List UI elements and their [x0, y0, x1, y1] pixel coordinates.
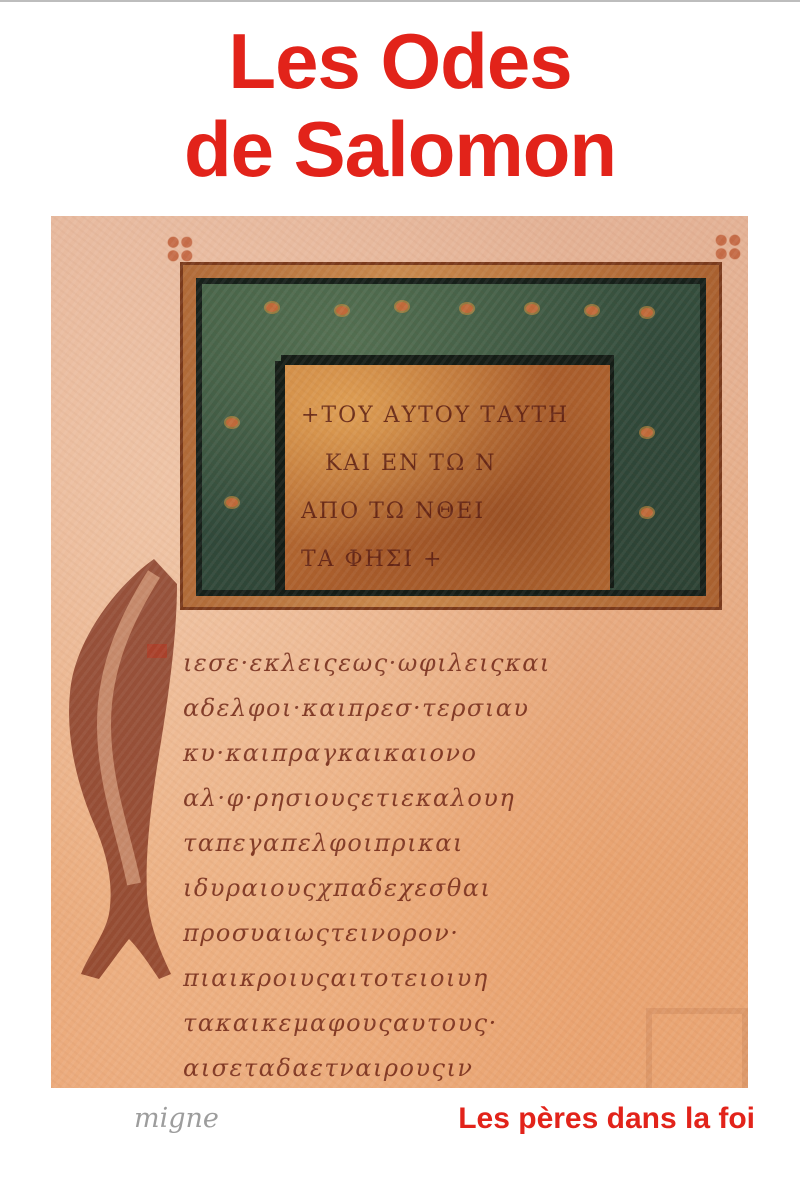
ornament-dot [461, 304, 473, 313]
ornament-dot [226, 418, 238, 427]
headpiece-frame: +ΤΟΥ ΑΥΤΟΥ ΤΑΥΤΗ ΚΑΙ ΕΝ ΤΩ Ν ΑΠΟ ΤΩ ΝΘΕΙ… [180, 262, 722, 610]
ornament-dot [396, 302, 408, 311]
ornament-dot [526, 304, 538, 313]
manuscript-line: αδελφοι·καιπρεσ·τερσιαυ [183, 686, 703, 731]
headpiece-line: ΑΠΟ ΤΩ ΝΘΕΙ [301, 499, 602, 524]
manuscript-text: ιεσε·εκλειςεως·ωφιλειςκαι αδελφοι·καιπρε… [183, 641, 703, 1088]
top-rule [0, 0, 800, 2]
manuscript-line: κυ·καιπραγκαικαιονο [183, 731, 703, 776]
ornament-dot [226, 498, 238, 507]
manuscript-line: ιεσε·εκλειςεως·ωφιλειςκαι [183, 641, 703, 686]
ornament-dot [641, 428, 653, 437]
ornament-dot [641, 308, 653, 317]
headpiece-line: ΚΑΙ ΕΝ ΤΩ Ν [325, 451, 602, 476]
corner-rosette-left [163, 232, 197, 266]
green-ornamental-band: +ΤΟΥ ΑΥΤΟΥ ΤΑΥΤΗ ΚΑΙ ΕΝ ΤΩ Ν ΑΠΟ ΤΩ ΝΘΕΙ… [196, 278, 706, 596]
manuscript-line: πιαικροιυςαιτοτειοιυη [183, 956, 703, 1001]
ornament-dot [586, 306, 598, 315]
publisher-logo: migne [134, 1103, 219, 1134]
ornament-dot [641, 508, 653, 517]
manuscript-line: προσυαιωςτεινορον· [183, 911, 703, 956]
manuscript-line: αισεταδαετναιρουςιν [183, 1046, 703, 1088]
book-title-line-1: Les Odes [0, 17, 800, 105]
manuscript-line: ταπεγαπελφοιπρικαι [183, 821, 703, 866]
headpiece-line: ΤΑ ΦΗΣΙ + [301, 547, 602, 572]
book-title-line-2: de Salomon [0, 105, 800, 193]
manuscript-line: ιδυραιουςχπαδεχεσθαι [183, 866, 703, 911]
manuscript-illustration: +ΤΟΥ ΑΥΤΟΥ ΤΑΥΤΗ ΚΑΙ ΕΝ ΤΩ Ν ΑΠΟ ΤΩ ΝΘΕΙ… [51, 216, 748, 1088]
gold-title-panel: +ΤΟΥ ΑΥΤΟΥ ΤΑΥΤΗ ΚΑΙ ΕΝ ΤΩ Ν ΑΠΟ ΤΩ ΝΘΕΙ… [285, 365, 610, 590]
headpiece-line: +ΤΟΥ ΑΥΤΟΥ ΤΑΥΤΗ [301, 403, 602, 428]
series-title: Les pères dans la foi [458, 1102, 755, 1136]
manuscript-line: αλ·φ·ρησιουςετιεκαλουη [183, 776, 703, 821]
ornament-dot [266, 303, 278, 312]
corner-rosette-right [711, 230, 745, 264]
ornament-dot [336, 306, 348, 315]
fish-initial-icon [59, 554, 189, 984]
manuscript-line: τακαικεμαφουςαυτους· [183, 1001, 703, 1046]
